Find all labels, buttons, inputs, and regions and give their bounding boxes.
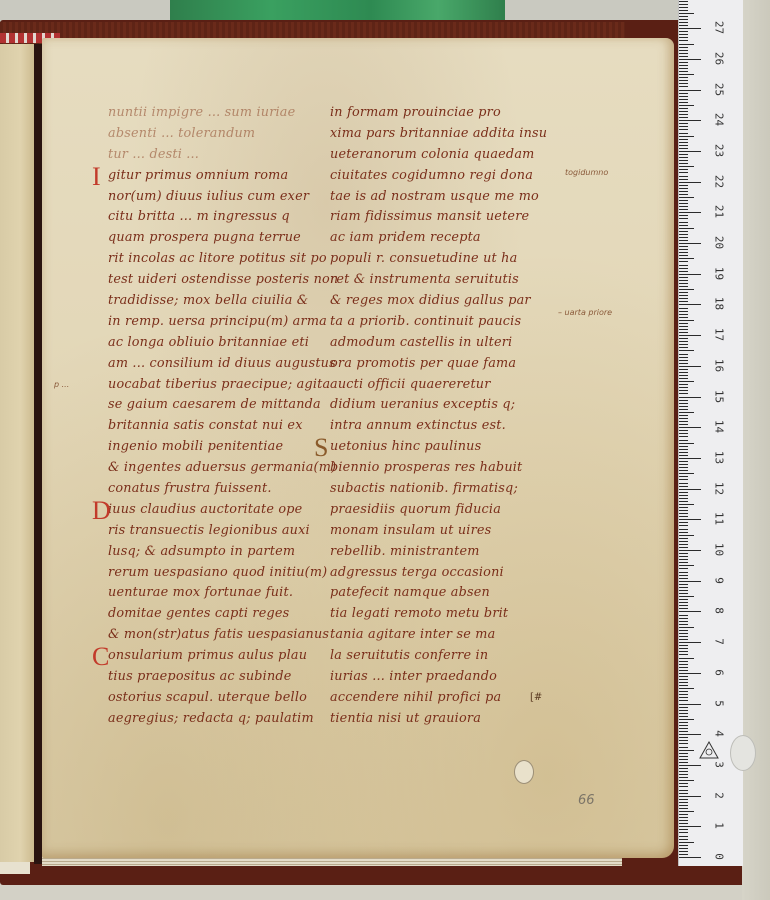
ruler-tick	[679, 826, 701, 827]
ruler-tick	[679, 225, 688, 226]
line-text: & mon(str)atus fatis uespasianus	[108, 627, 329, 642]
ruler-tick	[679, 277, 688, 278]
ruler-tick	[679, 516, 688, 517]
ruler-tick	[679, 44, 694, 45]
ruler-tick	[679, 630, 688, 631]
ruler-tick	[679, 842, 694, 843]
line-text: monam insulam ut uires	[330, 523, 491, 538]
ruler-tick	[679, 624, 688, 625]
ruler-tick	[679, 734, 701, 735]
ruler-tick	[679, 424, 688, 425]
ruler-label: 10	[713, 540, 726, 560]
ruler-tick	[679, 139, 688, 140]
ruler-tick	[679, 756, 688, 757]
ruler-tick	[679, 802, 688, 803]
ruler-tick	[679, 50, 688, 51]
ruler-tick	[679, 53, 688, 54]
ruler-tick	[679, 77, 688, 78]
text-line: iurias ... inter praedando	[330, 667, 547, 688]
line-text: aucti officii quaereretur	[330, 377, 491, 392]
text-line: britannia satis constat nui ex	[108, 416, 338, 437]
text-line: in formam prouinciae pro	[330, 103, 547, 124]
ruler-tick	[679, 489, 701, 490]
ruler-tick	[679, 427, 701, 428]
ruler-tick	[679, 179, 688, 180]
ruler-hanging-hole	[730, 735, 756, 771]
line-text: praesidiis quorum fiducia	[330, 502, 501, 517]
ruler-tick	[679, 157, 688, 158]
ruler-tick	[679, 56, 688, 57]
ruler-tick	[679, 142, 688, 143]
ruler-tick	[679, 166, 694, 167]
ruler-tick	[679, 470, 688, 471]
ruler-tick	[679, 34, 688, 35]
ruler-tick	[679, 492, 688, 493]
text-line: admodum castellis in ulteri	[330, 333, 547, 354]
ruler-tick	[679, 366, 701, 367]
ruler-tick	[679, 464, 688, 465]
text-line: citu britta ... m ingressus q	[108, 207, 338, 228]
ruler-label: 1	[713, 816, 726, 836]
ruler-tick	[679, 182, 701, 183]
ruler-tick	[679, 633, 688, 634]
ruler-tick	[679, 584, 688, 585]
text-line: tientia nisi ut grauiora	[330, 709, 547, 730]
ruler-tick	[679, 117, 688, 118]
ruler-tick	[679, 479, 688, 480]
ruler-label: 19	[713, 263, 726, 283]
ruler-tick	[679, 289, 694, 290]
text-line: se gaium caesarem de mittanda	[108, 395, 338, 416]
text-line: tius praepositus ac subinde	[108, 667, 338, 688]
ruler-tick	[679, 731, 688, 732]
ruler-tick	[679, 848, 688, 849]
text-line: ora promotis per quae fama	[330, 354, 547, 375]
text-line: intra annum extinctus est.	[330, 416, 547, 437]
line-text: domitae gentes capti reges	[108, 606, 289, 621]
ruler-tick	[679, 743, 688, 744]
ruler-label: 12	[713, 478, 726, 498]
ruler-tick	[679, 519, 701, 520]
ruler-tick	[679, 280, 688, 281]
ruler-tick	[679, 774, 688, 775]
ruler-tick	[679, 790, 688, 791]
ruler-tick	[679, 704, 701, 705]
ruler-label: 21	[713, 202, 726, 222]
text-line: Igitur primus omnium roma	[108, 166, 338, 187]
text-line: ac iam pridem recepta	[330, 228, 547, 249]
ruler-tick	[679, 452, 688, 453]
ruler-tick	[679, 400, 688, 401]
ruler-label: 16	[713, 355, 726, 375]
line-text: admodum castellis in ulteri	[330, 335, 512, 350]
ruler-tick	[679, 148, 688, 149]
ruler-tick	[679, 90, 701, 91]
ruler-tick	[679, 7, 688, 8]
facing-leaf-verso	[0, 44, 34, 862]
ruler-tick	[679, 28, 701, 29]
ruler-tick	[679, 397, 701, 398]
ruler-tick	[679, 461, 688, 462]
ruler-tick	[679, 443, 694, 444]
ruler-tick	[679, 458, 701, 459]
ruler-tick	[679, 120, 701, 121]
margin-note-left: p ...	[54, 380, 69, 389]
ruler-tick	[679, 658, 694, 659]
ruler-label: 5	[713, 693, 726, 713]
ruler-tick	[679, 768, 688, 769]
text-line: didium ueranius exceptis q;	[330, 395, 547, 416]
ruler-tick	[679, 694, 688, 695]
ruler-label: 17	[713, 325, 726, 345]
text-line: xima pars britanniae addita insu	[330, 124, 547, 145]
ruler-tick	[679, 19, 688, 20]
ruler-tick	[679, 234, 688, 235]
line-text: ret & instrumenta seruitutis	[330, 272, 519, 287]
ruler-tick	[679, 261, 688, 262]
line-text: nor(um) diuus iulius cum exer	[108, 189, 309, 204]
ruler-tick	[679, 608, 688, 609]
decorated-initial: I	[92, 164, 101, 190]
ruler-tick	[679, 593, 688, 594]
ruler-tick	[679, 22, 688, 23]
text-line: monam insulam ut uires	[330, 521, 547, 542]
ruler-tick	[679, 510, 688, 511]
ruler-tick	[679, 37, 688, 38]
text-line: & mon(str)atus fatis uespasianus	[108, 625, 338, 646]
text-line: ciuitates cogidumno regi dona	[330, 166, 547, 187]
line-text: se gaium caesarem de mittanda	[108, 397, 321, 412]
ruler-tick	[679, 811, 694, 812]
ruler-tick	[679, 553, 688, 554]
ruler-tick	[679, 590, 688, 591]
text-line: ris transuectis legionibus auxi	[108, 521, 338, 542]
text-line: Diuus claudius auctoritate ope	[108, 500, 338, 521]
ruler-tick	[679, 86, 688, 87]
line-text: lusq; & adsumpto in partem	[108, 544, 295, 559]
ruler-tick	[679, 249, 688, 250]
text-line: rerum uespasiano quod initiu(m)	[108, 563, 338, 584]
ruler-label: 23	[713, 140, 726, 160]
text-line: accendere nihil profici pa	[330, 688, 547, 709]
text-line: domitae gentes capti reges	[108, 604, 338, 625]
ruler-tick	[679, 197, 694, 198]
ruler-tick	[679, 93, 688, 94]
ruler-tick	[679, 535, 694, 536]
line-text: tientia nisi ut grauiora	[330, 711, 481, 726]
ruler-tick	[679, 676, 688, 677]
line-text: citu britta ... m ingressus q	[108, 209, 290, 224]
ruler-tick	[679, 255, 688, 256]
decorated-initial: C	[92, 644, 110, 670]
ruler-tick	[679, 218, 688, 219]
ruler-tick	[679, 160, 688, 161]
text-line: biennio prosperas res habuit	[330, 458, 547, 479]
ruler-tick	[679, 96, 688, 97]
ruler-tick	[679, 440, 688, 441]
ruler-label: 20	[713, 233, 726, 253]
text-line: riam fidissimus mansit uetere	[330, 207, 547, 228]
ruler-tick	[679, 203, 688, 204]
ruler-tick	[679, 796, 701, 797]
ruler-tick	[679, 133, 688, 134]
ruler-tick	[679, 378, 688, 379]
line-text: conatus frustra fuissent.	[108, 481, 272, 496]
ruler-tick	[679, 793, 688, 794]
ruler-tick	[679, 114, 688, 115]
ruler-tick	[679, 851, 688, 852]
line-text: patefecit namque absen	[330, 585, 490, 600]
ruler-tick	[679, 679, 688, 680]
ruler-tick	[679, 820, 688, 821]
ruler-tick	[679, 857, 701, 858]
ruler-tick	[679, 664, 688, 665]
ruler-tick	[679, 71, 688, 72]
ruler-tick	[679, 762, 688, 763]
line-text: am ... consilium id diuus augustus	[108, 356, 336, 371]
line-text: ingenio mobili penitentiae	[108, 439, 283, 454]
ruler-tick	[679, 483, 688, 484]
ruler-tick	[679, 713, 688, 714]
ruler-tick	[679, 522, 688, 523]
ruler-tick	[679, 286, 688, 287]
text-line: nor(um) diuus iulius cum exer	[108, 187, 338, 208]
line-text: nuntii impigre ... sum iuriae	[108, 105, 295, 120]
ruler-tick	[679, 525, 688, 526]
text-line: conatus frustra fuissent.	[108, 479, 338, 500]
ruler-tick	[679, 292, 688, 293]
ruler-tick	[679, 369, 688, 370]
ruler-tick	[679, 308, 688, 309]
ruler-tick	[679, 550, 701, 551]
ruler-tick	[679, 111, 688, 112]
ruler-tick	[679, 252, 688, 253]
line-text: ac longa obliuio britanniae eti	[108, 335, 309, 350]
line-text: britannia satis constat nui ex	[108, 418, 303, 433]
ruler-tick	[679, 83, 688, 84]
ruler-tick	[679, 486, 688, 487]
ruler-tick	[679, 243, 701, 244]
ruler-tick	[679, 363, 688, 364]
ruler-tick	[679, 799, 688, 800]
ruler-label: 27	[713, 18, 726, 38]
ruler-tick	[679, 1, 688, 2]
text-line: tradidisse; mox bella ciuilia &	[108, 291, 338, 312]
ruler-tick	[679, 390, 688, 391]
ruler-tick	[679, 350, 694, 351]
ruler-tick	[679, 651, 688, 652]
text-line: quam prospera pugna terrue	[108, 228, 338, 249]
line-text: uenturae mox fortunae fuit.	[108, 585, 293, 600]
ruler-tick	[679, 507, 688, 508]
ruler-tick	[679, 68, 688, 69]
ruler-tick	[679, 719, 694, 720]
ruler-tick	[679, 513, 688, 514]
ruler-label: 6	[713, 662, 726, 682]
ruler-tick	[679, 403, 688, 404]
ruler-tick	[679, 605, 688, 606]
ruler-label: 7	[713, 632, 726, 652]
ruler-tick	[679, 13, 694, 14]
ruler-tick	[679, 274, 701, 275]
ruler-tick	[679, 283, 688, 284]
text-line: uocabat tiberius praecipue; agita	[108, 375, 338, 396]
ruler-tick	[679, 335, 701, 336]
ruler-tick	[679, 191, 688, 192]
text-line: subactis nationib. firmatisq;	[330, 479, 547, 500]
text-line: Suetonius hinc paulinus	[330, 437, 547, 458]
line-text: ostorius scapul. uterque bello	[108, 690, 307, 705]
line-text: accendere nihil profici pa	[330, 690, 501, 705]
ruler-tick	[679, 354, 688, 355]
ruler-tick	[679, 295, 688, 296]
ruler-tick	[679, 185, 688, 186]
ruler-tick	[679, 611, 701, 612]
ruler-tick	[679, 596, 694, 597]
ruler-label: 9	[713, 570, 726, 590]
ruler-tick	[679, 384, 688, 385]
text-line: nuntii impigre ... sum iuriae	[108, 103, 338, 124]
ruler-tick	[679, 759, 688, 760]
ruler-tick	[679, 151, 701, 152]
text-line: Consularium primus aulus plau	[108, 646, 338, 667]
ruler-tick	[679, 700, 688, 701]
bracket-mark: [#	[530, 692, 542, 703]
ruler-tick	[679, 105, 694, 106]
ruler-tick	[679, 145, 688, 146]
ruler-tick	[679, 572, 688, 573]
ruler-tick	[679, 415, 688, 416]
text-line: praesidiis quorum fiducia	[330, 500, 547, 521]
folio-number: 66	[578, 793, 595, 808]
ruler-tick	[679, 246, 688, 247]
ruler-tick	[679, 446, 688, 447]
ruler-tick	[679, 126, 688, 127]
ruler-tick	[679, 341, 688, 342]
ruler-tick	[679, 498, 688, 499]
ruler-tick	[679, 578, 688, 579]
ruler-tick	[679, 682, 688, 683]
ruler-tick	[679, 123, 688, 124]
ruler-tick	[679, 215, 688, 216]
ruler-tick	[679, 338, 688, 339]
gutter	[34, 44, 42, 864]
ruler-tick	[679, 823, 688, 824]
line-text: test uideri ostendisse posteris non	[108, 272, 338, 287]
ruler-tick	[679, 710, 688, 711]
green-weight-object	[170, 0, 505, 22]
ruler-tick	[679, 697, 688, 698]
ruler-tick	[679, 329, 688, 330]
ruler-tick	[679, 375, 688, 376]
ruler-tick	[679, 740, 688, 741]
line-text: rebellib. ministrantem	[330, 544, 480, 559]
text-line: aucti officii quaereretur	[330, 375, 547, 396]
ruler-tick	[679, 172, 688, 173]
line-text: iuus claudius auctoritate ope	[108, 502, 302, 517]
ruler-label: 18	[713, 294, 726, 314]
text-line: populi r. consuetudine ut ha	[330, 249, 547, 270]
ruler-tick	[679, 268, 688, 269]
text-line: la seruitutis conferre in	[330, 646, 547, 667]
line-text: ora promotis per quae fama	[330, 356, 516, 371]
line-text: rit incolas ac litore potitus sit po	[108, 251, 327, 266]
line-text: la seruitutis conferre in	[330, 648, 488, 663]
ruler-tick	[679, 654, 688, 655]
ruler-tick	[679, 194, 688, 195]
text-line: test uideri ostendisse posteris non	[108, 270, 338, 291]
ruler-label: 25	[713, 79, 726, 99]
ruler-tick	[679, 347, 688, 348]
line-text: ueteranorum colonia quaedam	[330, 147, 534, 162]
ruler-tick	[679, 615, 688, 616]
ruler-tick	[679, 670, 688, 671]
ruler-tick	[679, 212, 701, 213]
ruler-tick	[679, 323, 688, 324]
ruler-tick	[679, 559, 688, 560]
ruler-tick	[679, 360, 688, 361]
line-text: absenti ... tolerandum	[108, 126, 255, 141]
line-text: xima pars britanniae addita insu	[330, 126, 547, 141]
ruler-label: 11	[713, 509, 726, 529]
ruler-label: 26	[713, 48, 726, 68]
ruler-tick	[679, 317, 688, 318]
ruler-tick	[679, 627, 694, 628]
ruler-tick	[679, 707, 688, 708]
ruler-tick	[679, 467, 688, 468]
ruler-tick	[679, 786, 688, 787]
ruler-tick	[679, 532, 688, 533]
ruler-label: 8	[713, 601, 726, 621]
text-line: tae is ad nostram usque me mo	[330, 187, 547, 208]
ruler-tick	[679, 642, 701, 643]
line-text: biennio prosperas res habuit	[330, 460, 522, 475]
ruler-tick	[679, 688, 694, 689]
ruler-tick	[679, 648, 688, 649]
line-text: onsularium primus aulus plau	[108, 648, 307, 663]
ruler-tick	[679, 31, 688, 32]
text-column-right: in formam prouinciae proxima pars britan…	[330, 103, 547, 730]
ruler-tick	[679, 102, 688, 103]
text-line: & ingentes aduersus germania(m)	[108, 458, 338, 479]
ruler-tick	[679, 817, 688, 818]
ruler-label: 14	[713, 417, 726, 437]
line-text: quam prospera pugna terrue	[108, 230, 301, 245]
ruler-tick	[679, 136, 694, 137]
ruler-tick	[679, 636, 688, 637]
text-line: tur ... desti ...	[108, 145, 338, 166]
ruler-label: 4	[713, 724, 726, 744]
line-text: intra annum extinctus est.	[330, 418, 506, 433]
ruler-tick	[679, 311, 688, 312]
line-text: rerum uespasiano quod initiu(m)	[108, 565, 327, 580]
ruler-tick	[679, 645, 688, 646]
parchment-hole	[514, 760, 534, 784]
ruler-tick	[679, 200, 688, 201]
line-text: & reges mox didius gallus par	[330, 293, 531, 308]
margin-note-lower: – uarta priore	[558, 308, 612, 317]
line-text: tae is ad nostram usque me mo	[330, 189, 539, 204]
ruler-tick	[679, 783, 688, 784]
line-text: didium ueranius exceptis q;	[330, 397, 515, 412]
ruler-tick	[679, 673, 701, 674]
ruler-tick	[679, 304, 701, 305]
ruler-tick	[679, 393, 688, 394]
text-line: rebellib. ministrantem	[330, 542, 547, 563]
line-text: ciuitates cogidumno regi dona	[330, 168, 533, 183]
ruler-tick	[679, 169, 688, 170]
line-text: ta a priorib. continuit paucis	[330, 314, 521, 329]
